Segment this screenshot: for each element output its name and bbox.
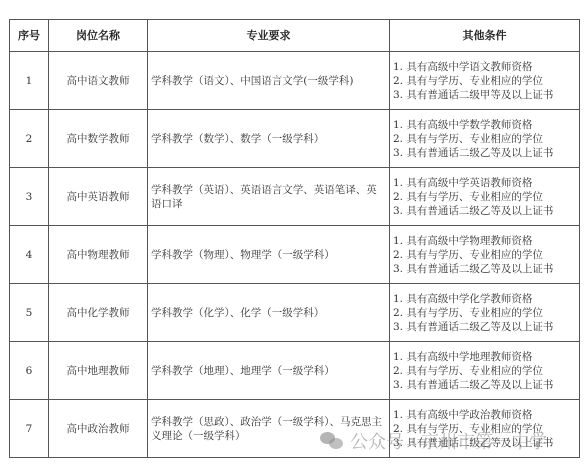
other-conditions: 1. 具有高级中学政治教师资格2. 具有与学历、专业相应的学位3. 具有普通话二… (390, 400, 580, 458)
row-number: 2 (10, 110, 49, 168)
condition-line: 2. 具有与学历、专业相应的学位 (393, 248, 576, 262)
table-row: 6高中地理教师学科教学（地理）、地理学（一级学科）1. 具有高级中学地理教师资格… (10, 342, 580, 400)
major-requirement: 学科教学（思政）、政治学（一级学科）、马克思主义理论（一级学科） (148, 400, 390, 458)
major-requirement: 学科教学（数学）、数学（一级学科） (148, 110, 390, 168)
condition-line: 2. 具有与学历、专业相应的学位 (393, 364, 576, 378)
condition-line: 2. 具有与学历、专业相应的学位 (393, 190, 576, 204)
row-number: 4 (10, 226, 49, 284)
position-name: 高中地理教师 (49, 342, 148, 400)
header-position: 岗位名称 (49, 20, 148, 52)
row-number: 1 (10, 52, 49, 110)
table-row: 5高中化学教师学科教学（化学）、化学（一级学科）1. 具有高级中学化学教师资格2… (10, 284, 580, 342)
condition-line: 2. 具有与学历、专业相应的学位 (393, 132, 576, 146)
table-row: 2高中数学教师学科教学（数学）、数学（一级学科）1. 具有高级中学数学教师资格2… (10, 110, 580, 168)
row-number: 7 (10, 400, 49, 458)
major-requirement: 学科教学（语文）、中国语言文学(一级学科) (148, 52, 390, 110)
condition-line: 3. 具有普通话二级乙等及以上证书 (393, 262, 576, 276)
condition-line: 3. 具有普通话二级甲等及以上证书 (393, 88, 576, 102)
major-requirement: 学科教学（物理）、物理学（一级学科） (148, 226, 390, 284)
other-conditions: 1. 具有高级中学语文教师资格2. 具有与学历、专业相应的学位3. 具有普通话二… (390, 52, 580, 110)
position-name: 高中英语教师 (49, 168, 148, 226)
condition-line: 1. 具有高级中学政治教师资格 (393, 408, 576, 422)
condition-line: 3. 具有普通话二级乙等及以上证书 (393, 378, 576, 392)
major-requirement: 学科教学（英语）、英语语言文学、英语笔译、英语口译 (148, 168, 390, 226)
header-conditions: 其他条件 (390, 20, 580, 52)
other-conditions: 1. 具有高级中学英语教师资格2. 具有与学历、专业相应的学位3. 具有普通话二… (390, 168, 580, 226)
position-name: 高中政治教师 (49, 400, 148, 458)
header-major: 专业要求 (148, 20, 390, 52)
other-conditions: 1. 具有高级中学物理教师资格2. 具有与学历、专业相应的学位3. 具有普通话二… (390, 226, 580, 284)
condition-line: 1. 具有高级中学地理教师资格 (393, 350, 576, 364)
position-name: 高中物理教师 (49, 226, 148, 284)
position-name: 高中语文教师 (49, 52, 148, 110)
row-number: 3 (10, 168, 49, 226)
condition-line: 1. 具有高级中学化学教师资格 (393, 292, 576, 306)
condition-line: 1. 具有高级中学数学教师资格 (393, 118, 576, 132)
job-requirements-table: 序号 岗位名称 专业要求 其他条件 1高中语文教师学科教学（语文）、中国语言文学… (9, 19, 580, 458)
condition-line: 1. 具有高级中学物理教师资格 (393, 234, 576, 248)
table-header-row: 序号 岗位名称 专业要求 其他条件 (10, 20, 580, 52)
table-row: 7高中政治教师学科教学（思政）、政治学（一级学科）、马克思主义理论（一级学科）1… (10, 400, 580, 458)
other-conditions: 1. 具有高级中学地理教师资格2. 具有与学历、专业相应的学位3. 具有普通话二… (390, 342, 580, 400)
condition-line: 2. 具有与学历、专业相应的学位 (393, 306, 576, 320)
condition-line: 3. 具有普通话二级乙等及以上证书 (393, 146, 576, 160)
condition-line: 2. 具有与学历、专业相应的学位 (393, 422, 576, 436)
condition-line: 1. 具有高级中学英语教师资格 (393, 176, 576, 190)
position-name: 高中化学教师 (49, 284, 148, 342)
condition-line: 2. 具有与学历、专业相应的学位 (393, 74, 576, 88)
condition-line: 3. 具有普通话二级乙等及以上证书 (393, 436, 576, 450)
position-name: 高中数学教师 (49, 110, 148, 168)
row-number: 5 (10, 284, 49, 342)
table-row: 4高中物理教师学科教学（物理）、物理学（一级学科）1. 具有高级中学物理教师资格… (10, 226, 580, 284)
major-requirement: 学科教学（化学）、化学（一级学科） (148, 284, 390, 342)
header-number: 序号 (10, 20, 49, 52)
row-number: 6 (10, 342, 49, 400)
other-conditions: 1. 具有高级中学化学教师资格2. 具有与学历、专业相应的学位3. 具有普通话二… (390, 284, 580, 342)
table-row: 1高中语文教师学科教学（语文）、中国语言文学(一级学科)1. 具有高级中学语文教… (10, 52, 580, 110)
major-requirement: 学科教学（地理）、地理学（一级学科） (148, 342, 390, 400)
other-conditions: 1. 具有高级中学数学教师资格2. 具有与学历、专业相应的学位3. 具有普通话二… (390, 110, 580, 168)
table-row: 3高中英语教师学科教学（英语）、英语语言文学、英语笔译、英语口译1. 具有高级中… (10, 168, 580, 226)
condition-line: 1. 具有高级中学语文教师资格 (393, 60, 576, 74)
condition-line: 3. 具有普通话二级乙等及以上证书 (393, 320, 576, 334)
condition-line: 3. 具有普通话二级乙等及以上证书 (393, 204, 576, 218)
